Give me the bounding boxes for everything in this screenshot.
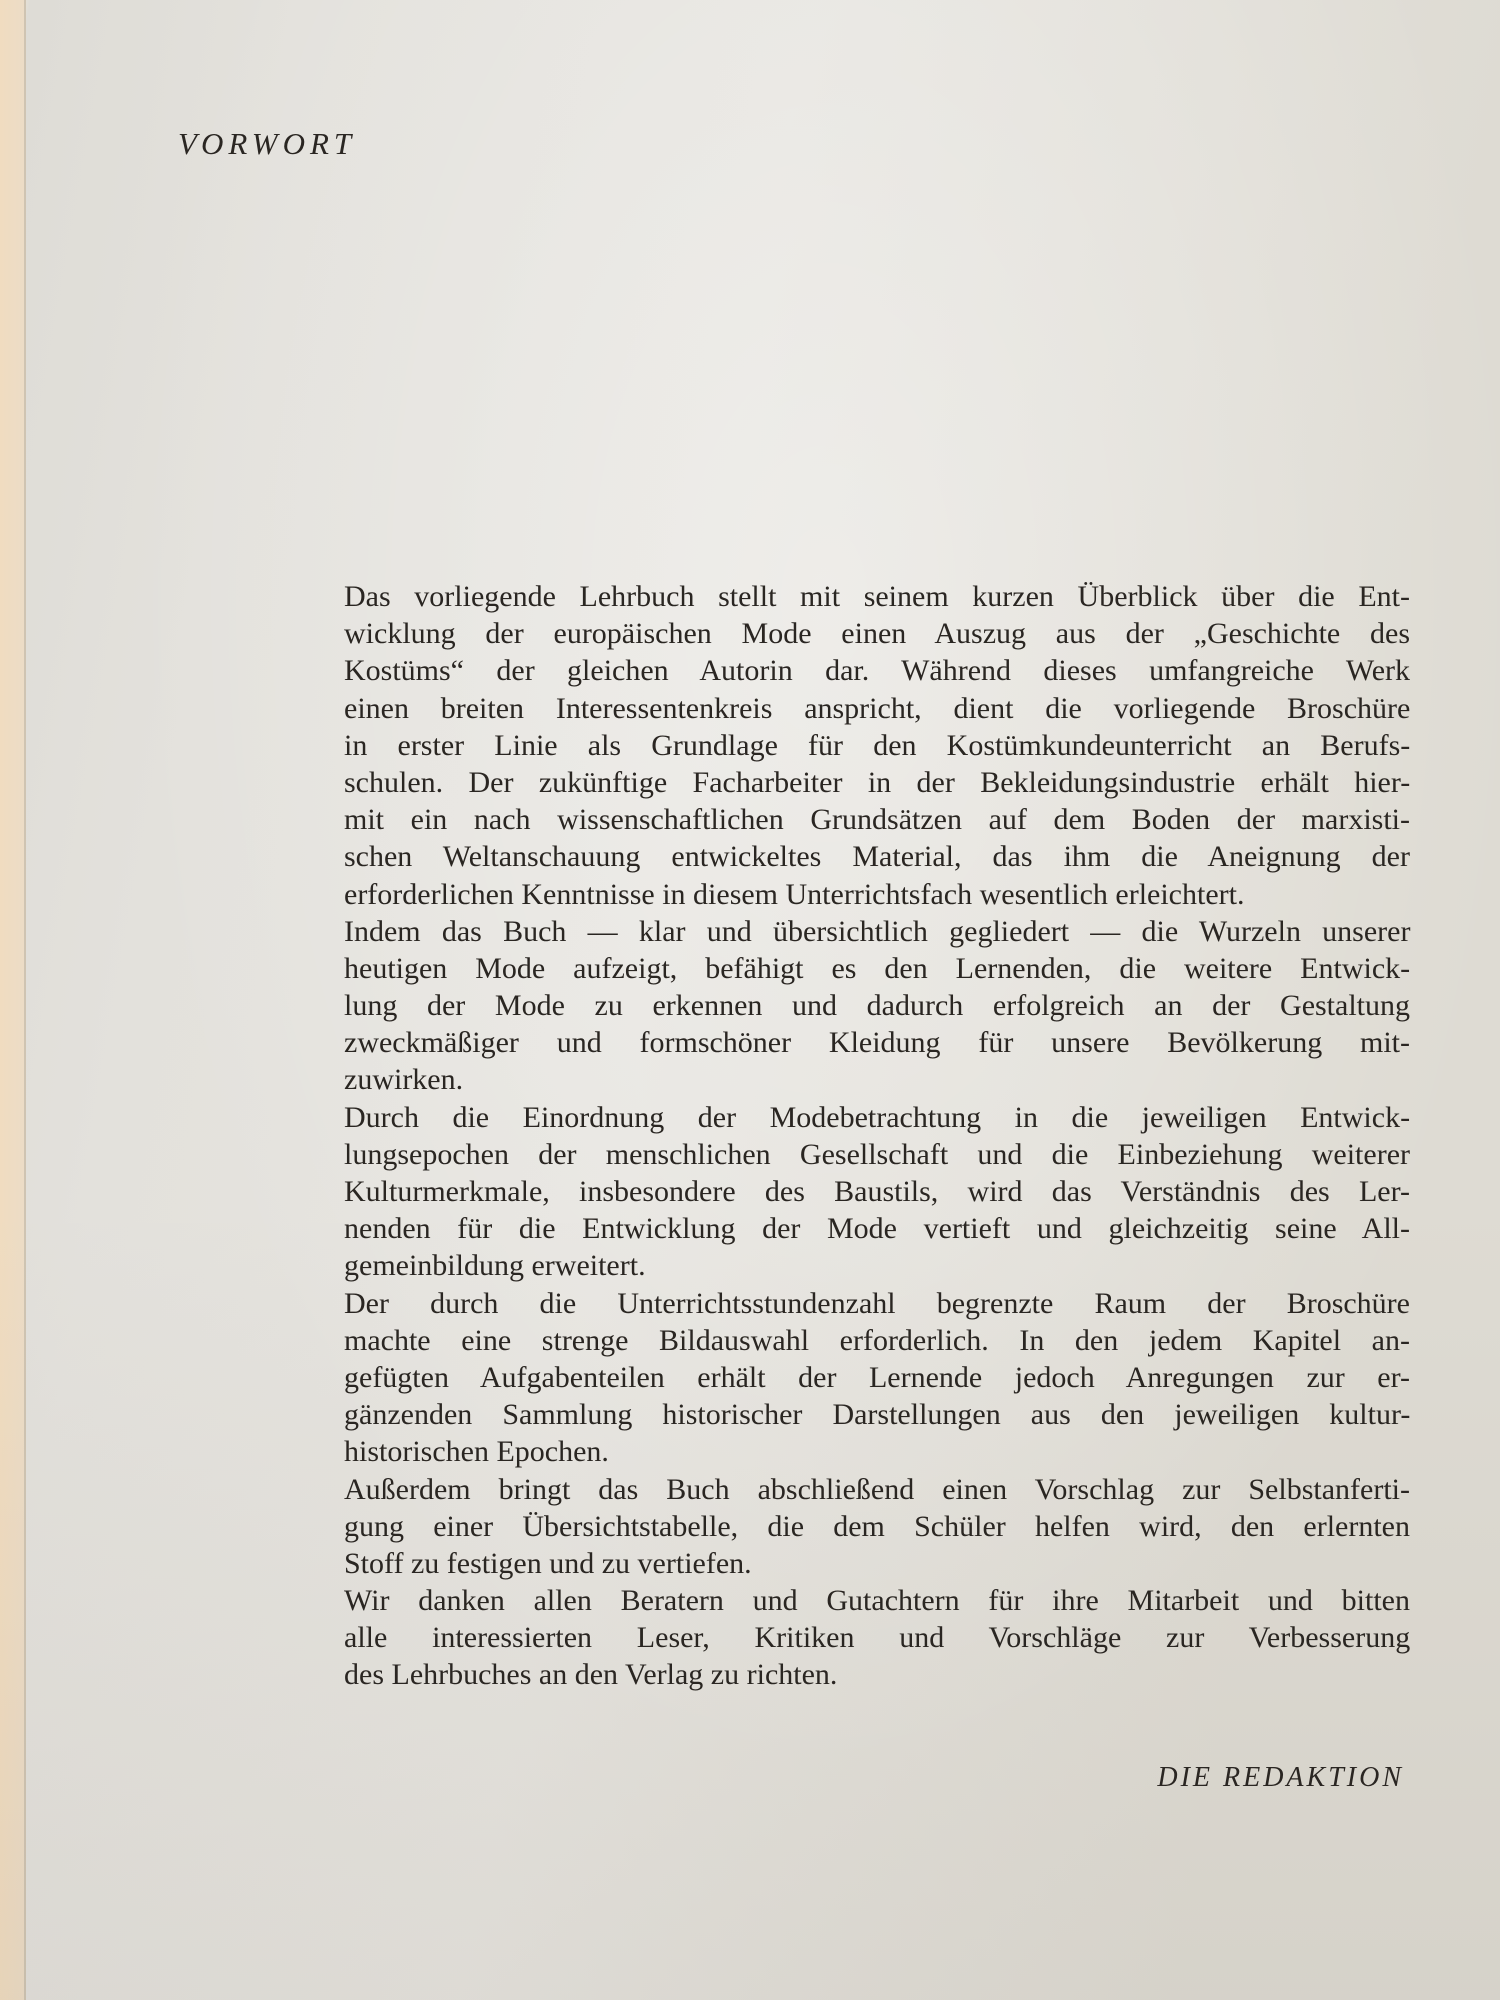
text-line: lung der Mode zu erkennen und dadurch er… bbox=[344, 987, 1410, 1024]
text-line: gung einer Übersichtstabelle, die dem Sc… bbox=[344, 1508, 1410, 1545]
text-line: Wir danken allen Beratern und Gutachtern… bbox=[344, 1582, 1410, 1619]
text-line: gemeinbildung erweitert. bbox=[344, 1247, 1410, 1284]
paragraph-1: Das vorliegende Lehrbuch stellt mit sein… bbox=[344, 578, 1410, 913]
text-line: historischen Epochen. bbox=[344, 1433, 1410, 1470]
text-line: wicklung der europäischen Mode einen Aus… bbox=[344, 615, 1410, 652]
text-line: einen breiten Interessentenkreis anspric… bbox=[344, 690, 1410, 727]
text-line: machte eine strenge Bildauswahl erforder… bbox=[344, 1322, 1410, 1359]
text-line: Das vorliegende Lehrbuch stellt mit sein… bbox=[344, 578, 1410, 615]
text-line: Durch die Einordnung der Modebetrachtung… bbox=[344, 1099, 1410, 1136]
text-line: schen Weltanschauung entwickeltes Materi… bbox=[344, 838, 1410, 875]
paragraph-4: Der durch die Unterrichtsstundenzahl beg… bbox=[344, 1285, 1410, 1471]
text-line: Stoff zu festigen und zu vertiefen. bbox=[344, 1545, 1410, 1582]
text-line: heutigen Mode aufzeigt, befähigt es den … bbox=[344, 950, 1410, 987]
page-title: VORWORT bbox=[178, 126, 356, 162]
text-line: des Lehrbuches an den Verlag zu richten. bbox=[344, 1656, 1410, 1693]
text-line: in erster Linie als Grundlage für den Ko… bbox=[344, 727, 1410, 764]
text-line: mit ein nach wissenschaftlichen Grundsät… bbox=[344, 801, 1410, 838]
text-line: nenden für die Entwicklung der Mode vert… bbox=[344, 1210, 1410, 1247]
paragraph-6: Wir danken allen Beratern und Gutachtern… bbox=[344, 1582, 1410, 1694]
text-line: Kulturmerkmale, insbesondere des Baustil… bbox=[344, 1173, 1410, 1210]
paragraph-3: Durch die Einordnung der Modebetrachtung… bbox=[344, 1099, 1410, 1285]
paragraph-2: Indem das Buch — klar und übersichtlich … bbox=[344, 913, 1410, 1099]
text-line: erforderlichen Kenntnisse in diesem Unte… bbox=[344, 876, 1410, 913]
text-line: alle interessierten Leser, Kritiken und … bbox=[344, 1619, 1410, 1656]
text-line: schulen. Der zukünftige Facharbeiter in … bbox=[344, 764, 1410, 801]
text-line: Indem das Buch — klar und übersichtlich … bbox=[344, 913, 1410, 950]
text-line: zweckmäßiger und formschöner Kleidung fü… bbox=[344, 1024, 1410, 1061]
text-line: gänzenden Sammlung historischer Darstell… bbox=[344, 1396, 1410, 1433]
text-line: zuwirken. bbox=[344, 1061, 1410, 1098]
text-line: lungsepochen der menschlichen Gesellscha… bbox=[344, 1136, 1410, 1173]
text-line: Außerdem bringt das Buch abschließend ei… bbox=[344, 1471, 1410, 1508]
text-line: gefügten Aufgabenteilen erhält der Lerne… bbox=[344, 1359, 1410, 1396]
text-line: Kostüms“ der gleichen Autorin dar. Währe… bbox=[344, 652, 1410, 689]
signature: DIE REDAKTION bbox=[1157, 1762, 1404, 1794]
paragraph-5: Außerdem bringt das Buch abschließend ei… bbox=[344, 1471, 1410, 1583]
body-text: Das vorliegende Lehrbuch stellt mit sein… bbox=[344, 578, 1410, 1694]
text-line: Der durch die Unterrichtsstundenzahl beg… bbox=[344, 1285, 1410, 1322]
